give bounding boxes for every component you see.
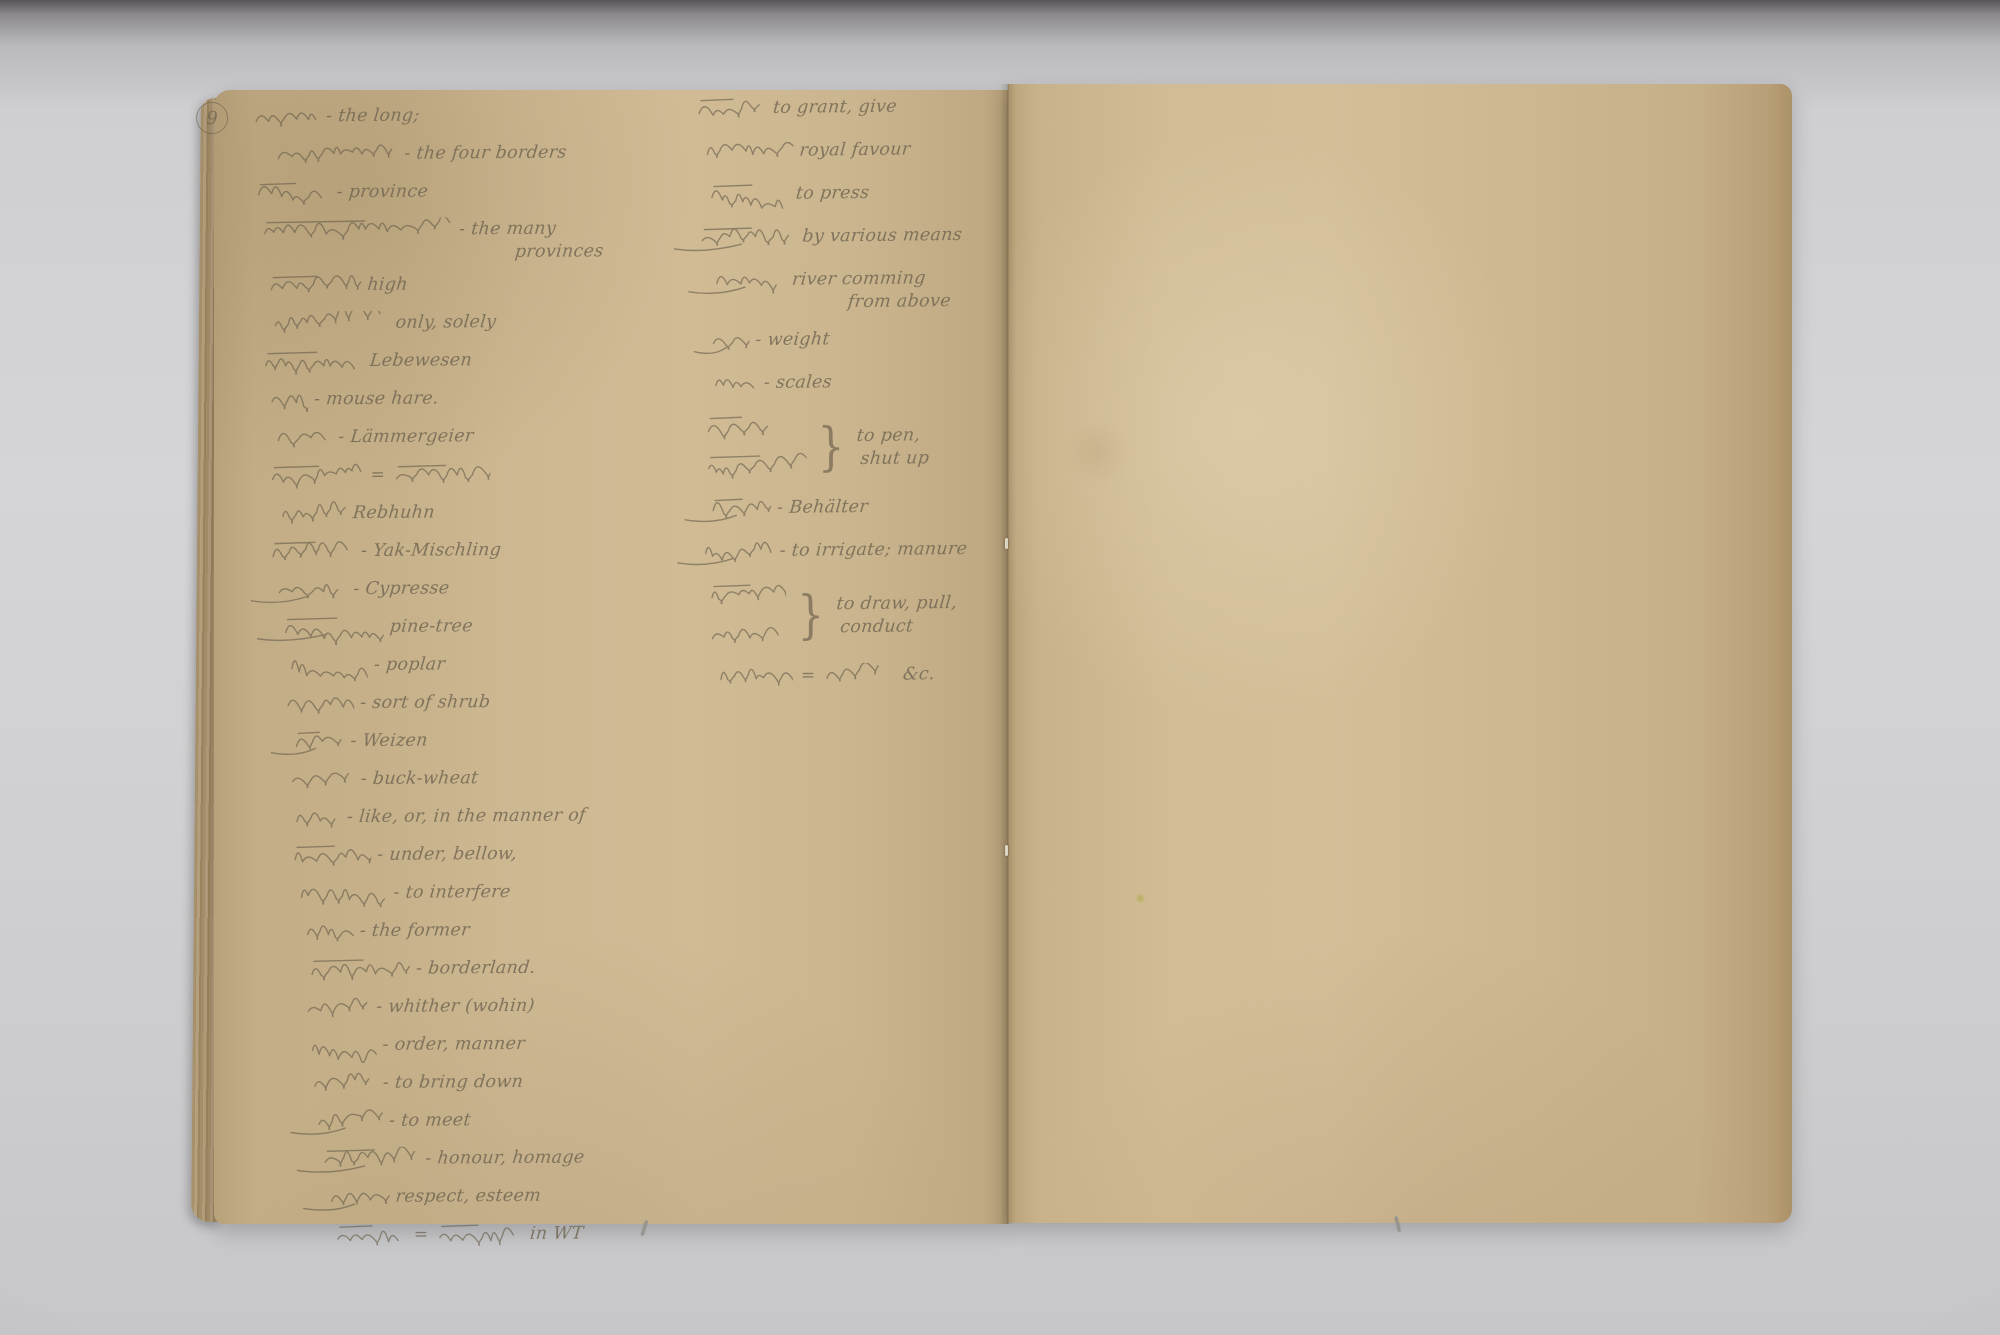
gloss-text: - the manyprovinces — [456, 217, 607, 264]
binding-stitch — [1005, 845, 1008, 856]
gloss-text: by various means — [801, 224, 963, 249]
gloss-text: - the long; — [325, 105, 421, 129]
tibetan-term-squiggle — [681, 496, 771, 527]
gloss-text: - mouse hare. — [313, 387, 440, 411]
vocab-row: }to pen,shut up — [706, 412, 1021, 483]
tibetan-term-squiggle — [681, 328, 749, 359]
tibetan-term-squiggle — [674, 539, 774, 570]
vocab-row: - the former — [306, 917, 760, 949]
tibetan-term-squiggle — [795, 663, 887, 694]
tibetan-term-squiggle — [677, 453, 807, 484]
tibetan-term-squiggle — [246, 142, 398, 173]
tibetan-term-squiggle — [234, 349, 364, 380]
tibetan-term-squiggle — [227, 180, 331, 211]
gloss-text: - order, manner — [381, 1033, 526, 1057]
vocabulary-column-right: to grant, giveroyal favourto pressby var… — [697, 94, 1023, 694]
tibetan-term-squiggle — [293, 1147, 419, 1178]
brace-glyph: } — [797, 586, 824, 644]
tibetan-term-squiggle — [240, 387, 308, 417]
tibetan-term-squiggle — [256, 691, 354, 722]
gloss-text: high — [366, 274, 409, 297]
tibetan-term-squiggle — [689, 664, 793, 695]
gloss-text: - Yak-Mischling — [360, 539, 502, 563]
tibetan-term-squiggle — [276, 995, 370, 1026]
vocab-row: - weight — [711, 326, 1019, 358]
gloss-text: - to bring down — [382, 1071, 525, 1095]
gloss-text: - like, or, in the manner of — [346, 804, 587, 829]
gloss-text: river commingfrom above — [789, 267, 954, 315]
vocab-row: to press — [710, 180, 1018, 212]
tibetan-term-squiggle — [684, 371, 758, 402]
vocab-row: =&c. — [719, 662, 1023, 694]
gloss-text: - to irrigate; manure — [779, 538, 969, 563]
tibetan-term-squiggle — [265, 805, 341, 836]
gloss-text: - the former — [359, 919, 471, 943]
gloss-text: only, solely — [394, 311, 497, 335]
gloss-text: pine-tree — [389, 615, 474, 639]
gloss-text: - borderland. — [415, 957, 537, 981]
gloss-text: - Cypresse — [352, 577, 450, 601]
tibetan-term-squiggle — [670, 225, 796, 256]
gloss-text: - scales — [763, 371, 833, 395]
tibetan-term-squiggle — [276, 919, 354, 950]
gloss-text: to grant, give — [772, 96, 898, 120]
vocab-row: to grant, give — [697, 94, 1017, 126]
vocab-row: - to irrigate; manure — [704, 537, 1022, 569]
gloss-text: to pen,shut up — [853, 424, 932, 471]
photograph-of-notebook: 9- the long;- the four borders- province… — [0, 0, 2000, 1335]
vocab-row: - order, manner — [310, 1031, 760, 1063]
tibetan-term-squiggle — [246, 425, 332, 456]
gloss-text: &c. — [902, 663, 936, 686]
gloss-text: - Behälter — [776, 496, 869, 520]
gloss-text: - whither (wohin) — [375, 995, 536, 1019]
gloss-text: - Weizen — [349, 730, 429, 754]
tibetan-term-squiggle — [269, 881, 387, 912]
tibetan-term-squiggle — [287, 1109, 383, 1140]
tibetan-term-squiggle — [676, 414, 774, 445]
vocab-row: - poplar — [290, 651, 758, 683]
gloss-text: - Lämmergeier — [337, 425, 474, 449]
gloss-text: - to meet — [388, 1109, 472, 1133]
gloss-text: - buck-wheat — [360, 767, 480, 791]
notebook-right-page-blank — [1008, 84, 1792, 1223]
vocab-row: - buck-wheat — [291, 765, 759, 797]
paper-stain — [1062, 420, 1132, 484]
gloss-text: - honour, homage — [424, 1146, 585, 1170]
tibetan-term-squiggle — [224, 104, 320, 135]
vocab-row: - whither (wohin) — [306, 993, 760, 1025]
tibetan-term-squiggle — [251, 501, 347, 532]
vocab-row: - Behälter — [711, 494, 1021, 526]
tibetan-term-squiggle — [283, 1071, 377, 1102]
tibetan-term-squiggle — [243, 311, 389, 342]
tibetan-term-squiggle — [685, 268, 785, 299]
tibetan-term-squiggle — [680, 582, 786, 613]
gloss-text: - weight — [754, 328, 831, 352]
vocab-row: royal favour — [705, 137, 1017, 169]
tibetan-term-squiggle — [667, 96, 767, 127]
tibetan-term-squiggle — [254, 615, 384, 646]
gloss-text: to draw, pull,conduct — [833, 592, 958, 639]
tibetan-term-squiggle — [263, 843, 371, 874]
tibetan-term-squiggle — [239, 273, 361, 304]
tibetan-term-squiggle — [680, 621, 778, 652]
tibetan-term-squiggle — [233, 217, 452, 249]
gloss-text: royal favour — [798, 138, 911, 162]
gloss-text: - under, bellow, — [376, 843, 518, 867]
vocab-row: - like, or, in the manner of — [295, 803, 759, 835]
vocab-row: - to interfere — [299, 879, 759, 911]
vocab-row: river commingfrom above — [715, 266, 1019, 315]
tibetan-term-squiggle — [280, 1033, 376, 1064]
tibetan-term-squiggle — [247, 577, 347, 608]
gloss-text: Lebewesen — [369, 349, 473, 373]
vocab-row: - scales — [714, 369, 1020, 401]
vocab-row: =in WT — [336, 1221, 762, 1253]
gloss-text: to press — [795, 182, 871, 206]
tibetan-term-squiggle — [261, 767, 355, 798]
gloss-text: - province — [335, 181, 429, 205]
tibetan-term-squiggle — [280, 957, 410, 988]
vocab-row: - under, bellow, — [293, 841, 759, 873]
paper-speck — [1136, 893, 1145, 904]
tibetan-term-squiggle — [408, 1222, 514, 1253]
tibetan-term-squiggle — [680, 182, 790, 213]
gloss-text: in WT — [529, 1222, 585, 1245]
vocab-row: by various means — [700, 223, 1018, 255]
tibetan-term-squiggle — [365, 462, 491, 493]
vocab-row: }to draw, pull,conduct — [710, 580, 1023, 651]
tibetan-term-squiggle — [241, 539, 355, 570]
gloss-text: - poplar — [373, 653, 446, 677]
gloss-text: respect, esteem — [394, 1185, 542, 1209]
tibetan-term-squiggle — [260, 653, 368, 684]
tibetan-term-squiggle — [264, 729, 344, 760]
vocab-row: - Weizen — [294, 727, 758, 759]
vocab-row: - to bring down — [313, 1069, 761, 1101]
vocab-row: - borderland. — [310, 955, 760, 987]
tibetan-term-squiggle — [306, 1223, 406, 1254]
tibetan-term-squiggle — [240, 463, 362, 494]
gloss-text: - sort of shrub — [359, 691, 491, 715]
tibetan-term-squiggle — [300, 1185, 390, 1216]
vocab-row: respect, esteem — [330, 1183, 762, 1215]
vocab-row: high — [269, 271, 755, 303]
page-number-circle: 9 — [196, 102, 228, 134]
gloss-text: - to interfere — [392, 881, 511, 905]
brace-glyph: } — [818, 418, 845, 476]
tibetan-term-squiggle — [675, 139, 793, 170]
vocab-row: - to meet — [317, 1107, 761, 1139]
vocab-row: - sort of shrub — [286, 689, 758, 721]
gloss-text: Rebhuhn — [352, 501, 436, 525]
gloss-text: - the four borders — [403, 142, 568, 166]
vocab-row: - honour, homage — [323, 1145, 761, 1177]
